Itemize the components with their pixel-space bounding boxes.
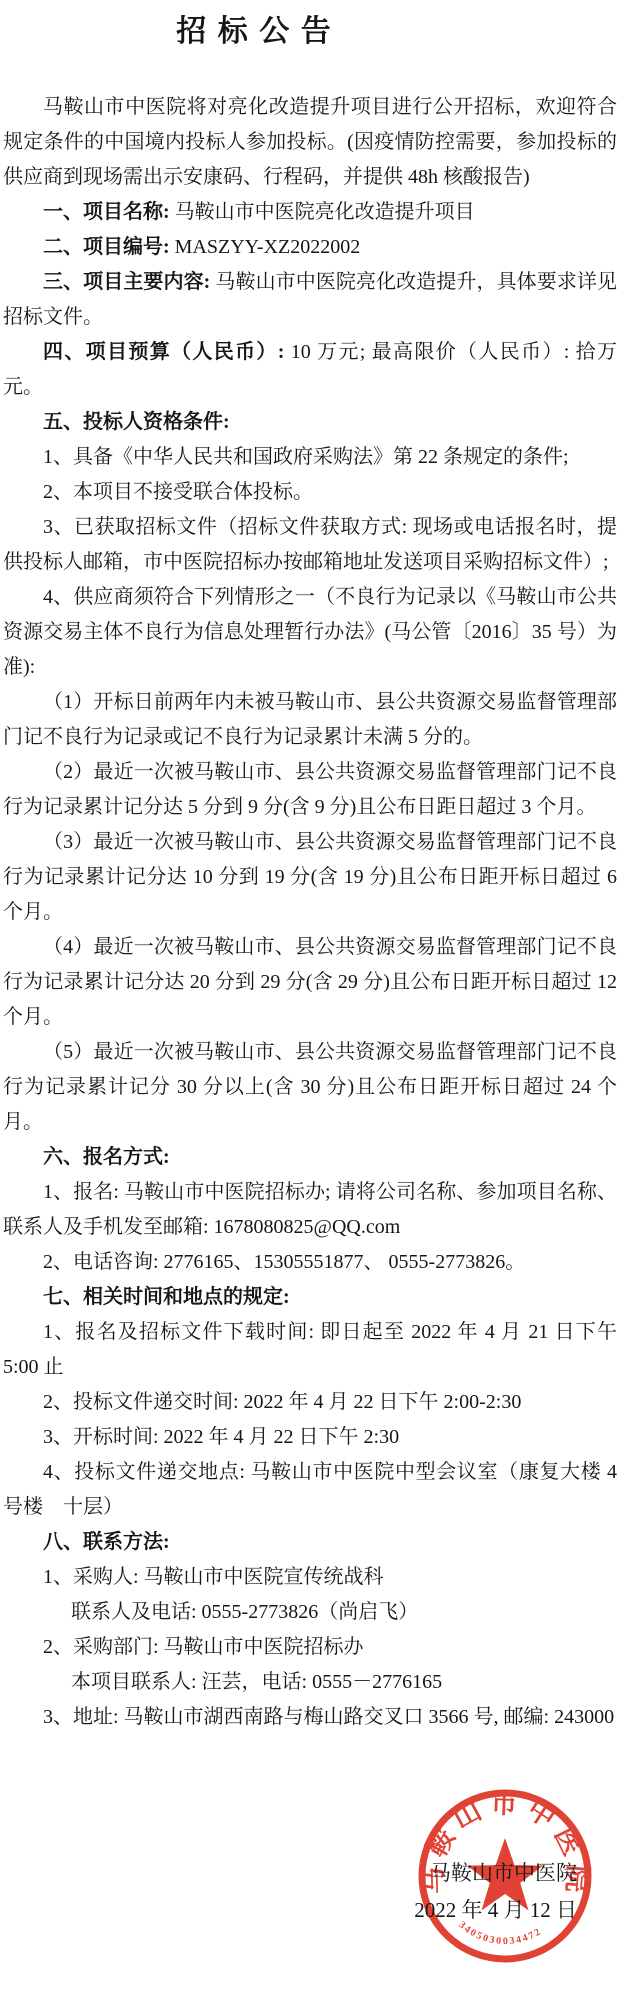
signature-date: 2022 年 4 月 12 日 [0,1892,577,1929]
paragraph: 2、采购部门: 马鞍山市中医院招标办 [3,1630,617,1665]
paragraph: 四、项目预算（人民币）: 10 万元; 最高限价（人民币）: 拾万元。 [3,335,617,405]
paragraph: 3、开标时间: 2022 年 4 月 22 日下午 2:30 [3,1420,617,1455]
paragraph-text: （1）开标日前两年内未被马鞍山市、县公共资源交易监督管理部门记不良行为记录或记不… [3,691,617,748]
signature-block: 马鞍山市中医院 2022 年 4 月 12 日 [0,1855,577,1929]
paragraph: 二、项目编号: MASZYY-XZ2022002 [3,230,617,265]
document-body: 马鞍山市中医院将对亮化改造提升项目进行公开招标，欢迎符合规定条件的中国境内投标人… [0,90,619,1735]
tender-announcement-page: 招 标 公 告 马鞍山市中医院将对亮化改造提升项目进行公开招标，欢迎符合规定条件… [0,0,619,1993]
section-label: 四、项目预算（人民币）: [43,341,284,363]
paragraph-text: （5）最近一次被马鞍山市、县公共资源交易监督管理部门记不良行为记录累计记分 30… [3,1041,617,1133]
paragraph: 3、地址: 马鞍山市湖西南路与梅山路交叉口 3566 号, 邮编: 243000 [3,1700,617,1735]
paragraph-text: （2）最近一次被马鞍山市、县公共资源交易监督管理部门记不良行为记录累计记分达 5… [3,761,617,818]
paragraph-text: 联系人及电话: 0555-2773826（尚启飞） [71,1601,418,1623]
paragraph-text: 3、已获取招标文件（招标文件获取方式: 现场或电话报名时，提供投标人邮箱，市中医… [3,516,617,573]
paragraph-text: 2、采购部门: 马鞍山市中医院招标办 [43,1636,364,1658]
paragraph-text: 马鞍山市中医院亮化改造提升项目 [170,201,475,223]
section-label: 八、联系方法: [43,1531,170,1553]
paragraph: 一、项目名称: 马鞍山市中医院亮化改造提升项目 [3,195,617,230]
paragraph: 1、具备《中华人民共和国政府采购法》第 22 条规定的条件; [3,440,617,475]
paragraph-text: （4）最近一次被马鞍山市、县公共资源交易监督管理部门记不良行为记录累计记分达 2… [3,936,617,1028]
section-label: 七、相关时间和地点的规定: [43,1286,290,1308]
section-label: 一、项目名称: [43,201,170,223]
paragraph-text: 1、报名及招标文件下载时间: 即日起至 2022 年 4 月 21 日下午 5:… [3,1321,617,1378]
page-title: 招 标 公 告 [0,6,509,50]
paragraph-text: 1、采购人: 马鞍山市中医院宣传统战科 [43,1566,384,1588]
paragraph-text: 1、报名: 马鞍山市中医院招标办; 请将公司名称、参加项目名称、联系人及手机发至… [3,1181,617,1238]
paragraph: 1、采购人: 马鞍山市中医院宣传统战科 [3,1560,617,1595]
paragraph-text: （3）最近一次被马鞍山市、县公共资源交易监督管理部门记不良行为记录累计记分达 1… [3,831,617,923]
paragraph: 1、报名: 马鞍山市中医院招标办; 请将公司名称、参加项目名称、联系人及手机发至… [3,1175,617,1245]
paragraph-text: MASZYY-XZ2022002 [170,236,361,258]
paragraph: （3）最近一次被马鞍山市、县公共资源交易监督管理部门记不良行为记录累计记分达 1… [3,825,617,930]
paragraph: （2）最近一次被马鞍山市、县公共资源交易监督管理部门记不良行为记录累计记分达 5… [3,755,617,825]
paragraph-text: 1、具备《中华人民共和国政府采购法》第 22 条规定的条件; [43,446,569,468]
paragraph-text: 2、电话咨询: 2776165、15305551877、 0555-277382… [43,1251,525,1273]
paragraph: （4）最近一次被马鞍山市、县公共资源交易监督管理部门记不良行为记录累计记分达 2… [3,930,617,1035]
paragraph: 4、投标文件递交地点: 马鞍山市中医院中型会议室（康复大楼 4 号楼 十层） [3,1455,617,1525]
section-label: 六、报名方式: [43,1146,170,1168]
paragraph-text: 2、投标文件递交时间: 2022 年 4 月 22 日下午 2:00-2:30 [43,1391,521,1413]
paragraph: 联系人及电话: 0555-2773826（尚启飞） [3,1595,617,1630]
section-label: 二、项目编号: [43,236,170,258]
paragraph: 三、项目主要内容: 马鞍山市中医院亮化改造提升，具体要求详见招标文件。 [3,265,617,335]
paragraph: 2、投标文件递交时间: 2022 年 4 月 22 日下午 2:00-2:30 [3,1385,617,1420]
paragraph: （5）最近一次被马鞍山市、县公共资源交易监督管理部门记不良行为记录累计记分 30… [3,1035,617,1140]
paragraph-text: 4、供应商须符合下列情形之一（不良行为记录以《马鞍山市公共资源交易主体不良行为信… [3,586,617,678]
paragraph: 马鞍山市中医院将对亮化改造提升项目进行公开招标，欢迎符合规定条件的中国境内投标人… [3,90,617,195]
paragraph: 五、投标人资格条件: [3,405,617,440]
paragraph: 1、报名及招标文件下载时间: 即日起至 2022 年 4 月 21 日下午 5:… [3,1315,617,1385]
paragraph: 2、电话咨询: 2776165、15305551877、 0555-277382… [3,1245,617,1280]
paragraph: 3、已获取招标文件（招标文件获取方式: 现场或电话报名时，提供投标人邮箱，市中医… [3,510,617,580]
paragraph: 2、本项目不接受联合体投标。 [3,475,617,510]
paragraph: 4、供应商须符合下列情形之一（不良行为记录以《马鞍山市公共资源交易主体不良行为信… [3,580,617,685]
signature-org: 马鞍山市中医院 [0,1855,577,1892]
paragraph-text: 本项目联系人: 汪芸，电话: 0555－2776165 [71,1671,442,1693]
paragraph: 八、联系方法: [3,1525,617,1560]
paragraph-text: 马鞍山市中医院将对亮化改造提升项目进行公开招标，欢迎符合规定条件的中国境内投标人… [3,96,617,188]
paragraph: 六、报名方式: [3,1140,617,1175]
paragraph-text: 3、地址: 马鞍山市湖西南路与梅山路交叉口 3566 号, 邮编: 243000 [43,1706,614,1728]
paragraph: 七、相关时间和地点的规定: [3,1280,617,1315]
paragraph: （1）开标日前两年内未被马鞍山市、县公共资源交易监督管理部门记不良行为记录或记不… [3,685,617,755]
section-label: 五、投标人资格条件: [43,411,230,433]
paragraph-text: 2、本项目不接受联合体投标。 [43,481,313,503]
section-label: 三、项目主要内容: [43,271,210,293]
paragraph-text: 4、投标文件递交地点: 马鞍山市中医院中型会议室（康复大楼 4 号楼 十层） [3,1461,617,1518]
paragraph: 本项目联系人: 汪芸，电话: 0555－2776165 [3,1665,617,1700]
paragraph-text: 3、开标时间: 2022 年 4 月 22 日下午 2:30 [43,1426,399,1448]
